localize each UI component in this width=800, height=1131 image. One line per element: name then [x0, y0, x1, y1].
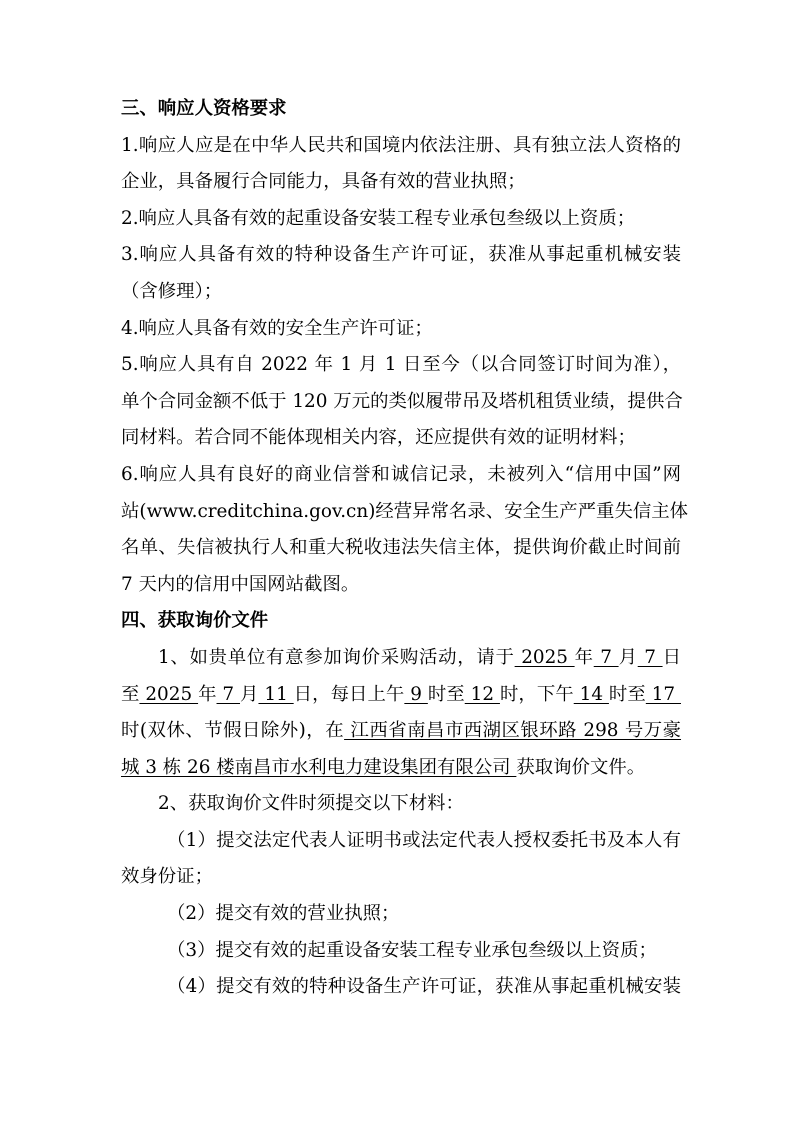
- address-line-1: 江西省南昌市西湖区银环路 298 号万豪: [344, 720, 681, 741]
- pm-label: 时，下午: [500, 684, 574, 705]
- address-line-2: 城 3 栋 26 楼南昌市水利电力建设集团有限公司: [121, 757, 516, 778]
- section-heading-qualifications: 三、响应人资格要求: [121, 91, 681, 128]
- year-label-2: 年: [198, 684, 216, 705]
- material-1-line-2: 效身份证；: [121, 859, 681, 896]
- obtain-para-2-intro: 2、获取询价文件时须提交以下材料：: [121, 786, 681, 823]
- daily-label: ，每日上午: [312, 684, 404, 705]
- qualification-item-1-line-2: 企业，具备履行合同能力，具备有效的营业执照；: [121, 164, 681, 201]
- material-4-line-1: （4）提交有效的特种设备生产许可证，获准从事起重机械安装: [121, 969, 681, 1006]
- pm-end-hour: 17: [646, 684, 681, 705]
- day-label-2: 日: [294, 684, 312, 705]
- qualification-item-6-line-4: 7 天内的信用中国网站截图。: [121, 567, 681, 604]
- material-1-line-1: （1）提交法定代表人证明书或法定代表人授权委托书及本人有: [121, 823, 681, 860]
- qualification-item-4: 4.响应人具备有效的安全生产许可证；: [121, 311, 681, 348]
- obtain-para-1-line-1: 1、如贵单位有意参加询价采购活动，请于 2025 年 7 月 7 日: [121, 640, 681, 677]
- qualification-item-2: 2.响应人具备有效的起重设备安装工程专业承包叁级以上资质；: [121, 201, 681, 238]
- month-label-2: 月: [240, 684, 258, 705]
- qualification-item-5-line-3: 同材料。若合同不能体现相关内容，还应提供有效的证明材料；: [121, 420, 681, 457]
- to-label: 至: [121, 684, 139, 705]
- qualification-item-6-line-3: 名单、失信被执行人和重大税收违法失信主体，提供询价截止时间前: [121, 530, 681, 567]
- obtain-prefix: 1、如贵单位有意参加询价采购活动，请于: [158, 647, 515, 668]
- year-label: 年: [575, 647, 594, 668]
- start-month: 7: [594, 647, 619, 668]
- qualification-item-5-line-2: 单个合同金额不低于 120 万元的类似履带吊及塔机租赁业绩，提供合: [121, 384, 681, 421]
- month-label: 月: [619, 647, 638, 668]
- qualification-item-1-line-1: 1.响应人应是在中华人民共和国境内依法注册、具有独立法人资格的: [121, 128, 681, 165]
- qualification-item-5-line-1: 5.响应人具有自 2022 年 1 月 1 日至今（以合同签订时间为准），: [121, 347, 681, 384]
- start-year: 2025: [515, 647, 575, 668]
- start-day: 7: [638, 647, 663, 668]
- hour-to-label-2: 时至: [609, 684, 646, 705]
- am-start-hour: 9: [404, 684, 428, 705]
- section-heading-obtain-documents: 四、获取询价文件: [121, 603, 681, 640]
- obtain-para-1-line-2: 至 2025 年 7 月 11 日，每日上午 9 时至 12 时，下午 14 时…: [121, 677, 681, 714]
- material-2: （2）提交有效的营业执照；: [121, 896, 681, 933]
- qualification-item-3-line-1: 3.响应人具备有效的特种设备生产许可证，获准从事起重机械安装: [121, 237, 681, 274]
- holiday-note: 时(双休、节假日除外)，在: [121, 720, 344, 741]
- end-day: 11: [258, 684, 293, 705]
- am-end-hour: 12: [465, 684, 500, 705]
- document-page: 三、响应人资格要求 1.响应人应是在中华人民共和国境内依法注册、具有独立法人资格…: [121, 91, 681, 1006]
- obtain-para-1-line-4: 城 3 栋 26 楼南昌市水利电力建设集团有限公司 获取询价文件。: [121, 750, 681, 787]
- qualification-item-6-line-1: 6.响应人具有良好的商业信誉和诚信记录，未被列入“信用中国”网: [121, 457, 681, 494]
- day-label: 日: [663, 647, 681, 668]
- pm-start-hour: 14: [574, 684, 609, 705]
- end-month: 7: [217, 684, 241, 705]
- hour-to-label: 时至: [428, 684, 465, 705]
- end-year: 2025: [139, 684, 198, 705]
- obtain-para-1-line-3: 时(双休、节假日除外)，在 江西省南昌市西湖区银环路 298 号万豪: [121, 713, 681, 750]
- qualification-item-3-line-2: （含修理）；: [121, 274, 681, 311]
- material-3: （3）提交有效的起重设备安装工程专业承包叁级以上资质；: [121, 933, 681, 970]
- obtain-suffix: 获取询价文件。: [516, 757, 645, 778]
- qualification-item-6-line-2: 站(www.creditchina.gov.cn)经营异常名录、安全生产严重失信…: [121, 494, 681, 531]
